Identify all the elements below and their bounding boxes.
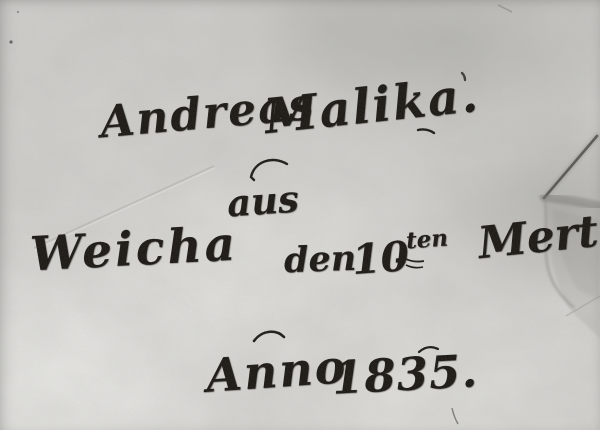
handwritten-text-block: Andreas Malika. aus Weicha den 10 - ten … [0, 0, 600, 430]
handwritten-origin-word: aus [226, 181, 300, 223]
manuscript-scan: Andreas Malika. aus Weicha den 10 - ten … [0, 0, 600, 430]
handwritten-month: Mert [476, 210, 600, 266]
handwritten-place-name: Weicha [29, 221, 239, 279]
handwritten-article: den [283, 241, 356, 278]
handwritten-anno-label: Anno [205, 343, 349, 399]
handwritten-ordinal-suffix: ten [405, 227, 448, 253]
handwritten-year: 1835. [331, 348, 479, 401]
